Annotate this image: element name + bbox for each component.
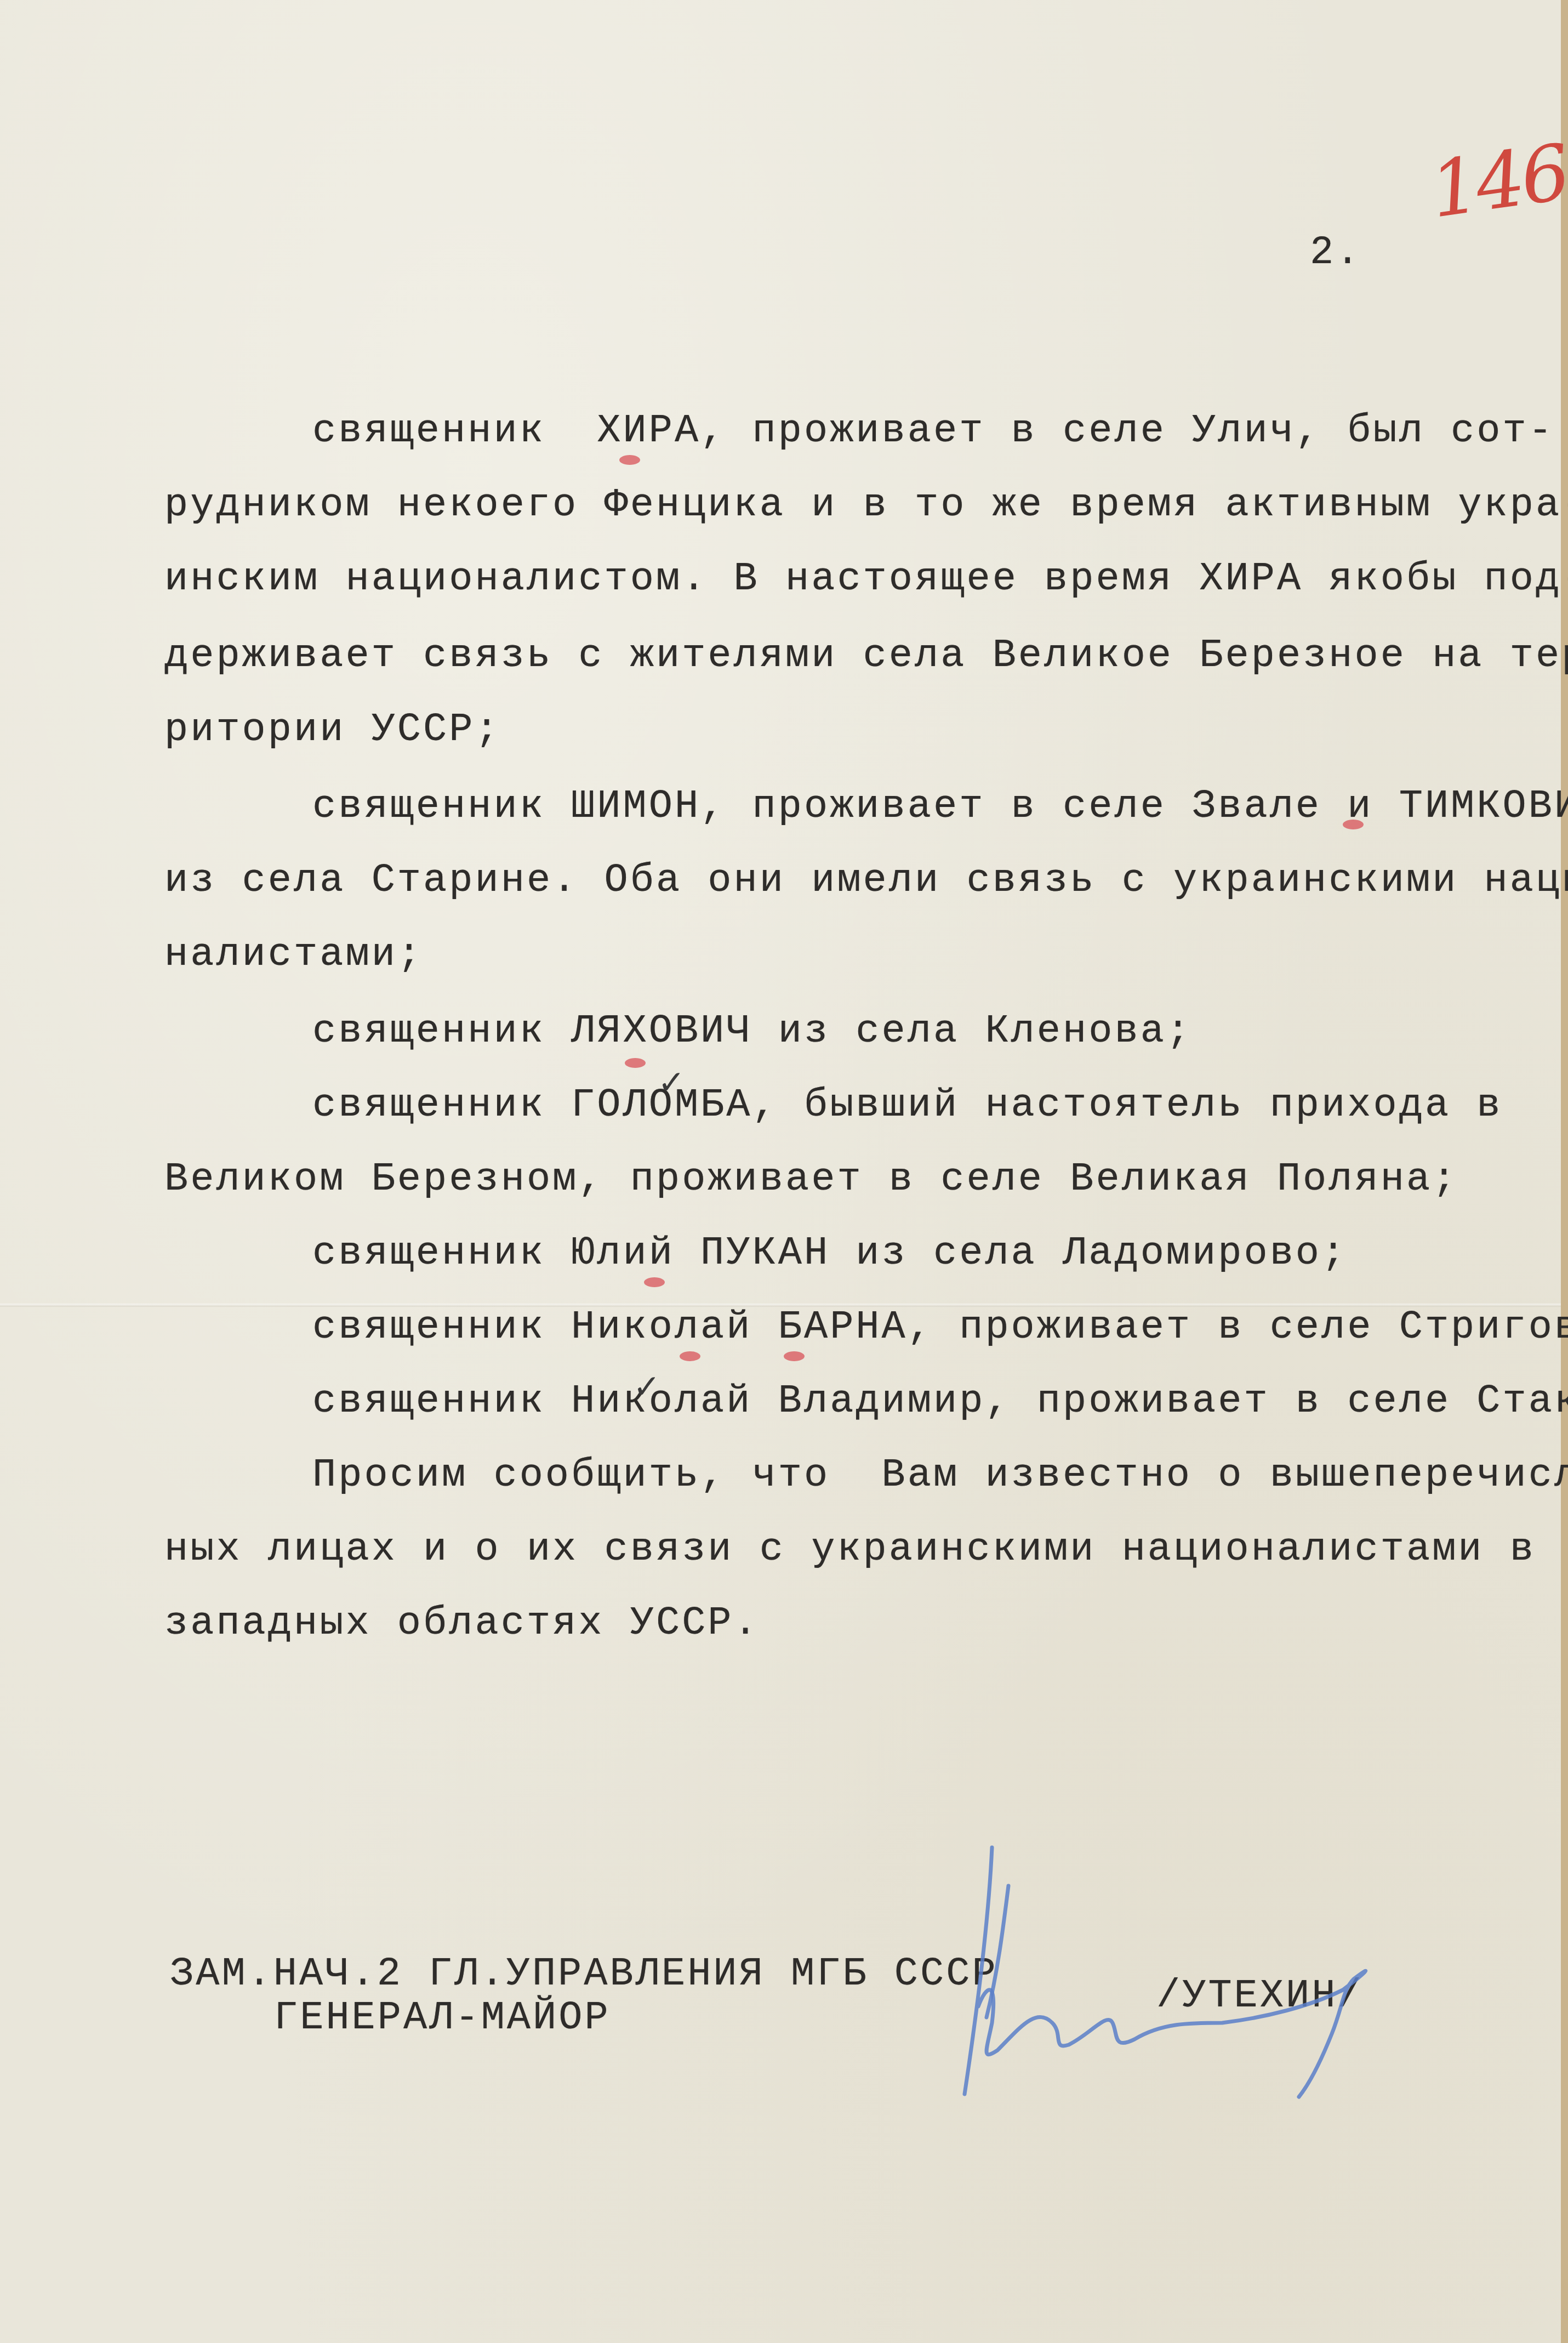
body-line: Просим сообщить, что Вам известно о выше…: [312, 1453, 1568, 1498]
body-line: инским националистом. В настоящее время …: [164, 556, 1568, 601]
page-number: 2.: [1310, 230, 1361, 275]
red-pencil-mark: [625, 1058, 646, 1068]
check-mark-icon: ✓: [633, 1368, 660, 1406]
body-line: священник ШИМОН, проживает в селе Звале …: [312, 784, 1568, 829]
body-line: рудником некоего Фенцика и в то же время…: [164, 482, 1568, 527]
body-line: из села Старине. Оба они имели связь с у…: [164, 858, 1568, 903]
body-line: Великом Березном, проживает в селе Велик…: [164, 1157, 1458, 1202]
body-line: западных областях УССР.: [164, 1601, 760, 1646]
body-line: ритории УССР;: [164, 707, 501, 752]
body-line: священник ГОЛОМБА, бывший настоятель при…: [312, 1083, 1503, 1128]
signatory-rank: ГЕНЕРАЛ-МАЙОР: [274, 1995, 611, 2040]
body-line: священник Юлий ПУКАН из села Ладомирово;: [312, 1231, 1347, 1276]
red-pencil-mark: [1343, 820, 1364, 829]
body-line: ных лицах и о их связи с украинскими нац…: [164, 1527, 1536, 1572]
red-pencil-mark: [619, 455, 640, 465]
red-pencil-mark: [680, 1351, 700, 1361]
body-line: священник ХИРА, проживает в селе Улич, б…: [312, 408, 1554, 453]
signatory-position: ЗАМ.НАЧ.2 ГЛ.УПРАВЛЕНИЯ МГБ СССР: [170, 1952, 998, 1997]
paper-fold-crease: [0, 1304, 1561, 1307]
red-pencil-mark: [784, 1351, 805, 1361]
body-line: священник Николай БАРНА, проживает в сел…: [312, 1305, 1568, 1350]
archive-folio-number: 146: [1425, 128, 1568, 235]
handwritten-signature: [926, 1842, 1419, 2100]
red-pencil-mark: [644, 1277, 665, 1287]
body-line: священник Николай Владимир, проживает в …: [312, 1379, 1568, 1424]
document-page: 2. 146 священник ХИРА, проживает в селе …: [0, 0, 1561, 2343]
body-line: держивает связь с жителями села Великое …: [164, 633, 1568, 678]
body-line: налистами;: [164, 932, 423, 977]
check-mark-icon: ✓: [658, 1064, 685, 1102]
body-line: священник ЛЯХОВИЧ из села Кленова;: [312, 1009, 1192, 1054]
